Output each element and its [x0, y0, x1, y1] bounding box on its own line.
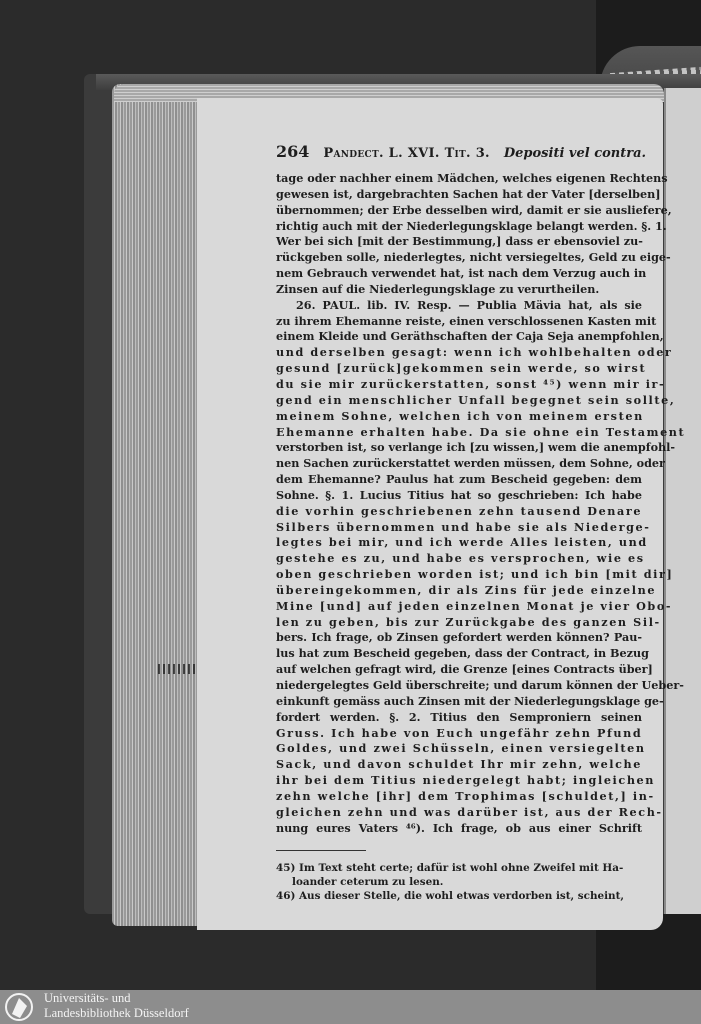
book-logo-icon[interactable]	[4, 992, 34, 1022]
text-line: einkunft gemäss auch Zinsen mit der Nied…	[276, 694, 642, 710]
text-line: und derselben gesagt: wenn ich wohlbehal…	[276, 345, 642, 361]
text-line: übernommen; der Erbe desselben wird, dam…	[276, 203, 642, 219]
text-line: zehn welche [ihr] dem Trophimas [schulde…	[276, 789, 642, 805]
running-head: 264 Pandect. L. XVI. Tit. 3. Depositi ve…	[276, 142, 642, 161]
text-line: gewesen ist, dargebrachten Sachen hat de…	[276, 187, 642, 203]
text-line: niedergelegtes Geld überschreite; und da…	[276, 678, 642, 694]
text-line: nen Sachen zurückerstattet werden müssen…	[276, 456, 642, 472]
footnotes: 45) Im Text steht certe; dafür ist wohl …	[276, 861, 642, 903]
text-line: Silbers übernommen und habe sie als Nied…	[276, 520, 642, 536]
text-line: Goldes, und zwei Schüsseln, einen versie…	[276, 741, 642, 757]
footnote-45: 45) Im Text steht certe; dafür ist wohl …	[276, 861, 642, 875]
text-line: gesund [zurück]gekommen sein werde, so w…	[276, 361, 642, 377]
page-edges-stack	[112, 84, 198, 926]
text-line: gleichen zehn und was darüber ist, aus d…	[276, 805, 642, 821]
text-line: Sack, und davon schuldet Ihr mir zehn, w…	[276, 757, 642, 773]
text-line: die vorhin geschriebenen zehn tausend De…	[276, 504, 642, 520]
body-text: tage oder nachher einem Mädchen, welches…	[276, 171, 642, 836]
text-line: zu ihrem Ehemanne reiste, einen verschlo…	[276, 314, 642, 330]
footnote-46: 46) Aus dieser Stelle, die wohl etwas ve…	[276, 889, 642, 903]
running-head-subtitle: Depositi vel contra.	[504, 146, 646, 161]
text-line: auf welchen gefragt wird, die Grenze [ei…	[276, 662, 642, 678]
text-line: ihr bei dem Titius niedergelegt habt; in…	[276, 773, 642, 789]
text-line: nung eures Vaters ⁴⁶). Ich frage, ob aus…	[276, 821, 642, 837]
text-line: fordert werden. §. 2. Titius den Sempron…	[276, 710, 642, 726]
text-line: lus hat zum Bescheid gegeben, dass der C…	[276, 646, 642, 662]
text-line: tage oder nachher einem Mädchen, welches…	[276, 171, 642, 187]
page-number: 264	[276, 142, 309, 161]
text-line: verstorben ist, so verlange ich [zu wiss…	[276, 440, 642, 456]
institution-line-1: Universitäts- und	[44, 991, 189, 1006]
text-line: gend ein menschlicher Unfall begegnet se…	[276, 393, 642, 409]
page-text: 264 Pandect. L. XVI. Tit. 3. Depositi ve…	[276, 142, 642, 903]
text-line: Gruss. Ich habe von Euch ungefähr zehn P…	[276, 726, 642, 742]
text-line-section-start: 26. PAUL. lib. IV. Resp. — Publia Mävia …	[276, 298, 642, 314]
text-line: legtes bei mir, und ich werde Alles leis…	[276, 535, 642, 551]
running-head-title: Pandect. L. XVI. Tit. 3.	[323, 146, 489, 161]
footnote-divider	[276, 850, 366, 851]
institution-line-2: Landesbibliothek Düsseldorf	[44, 1006, 189, 1021]
text-line: bers. Ich frage, ob Zinsen gefordert wer…	[276, 630, 642, 646]
text-line: meinem Sohne, welchen ich von meinem ers…	[276, 409, 642, 425]
footnote-45-continuation: loander ceterum zu lesen.	[276, 875, 642, 889]
text-line: einem Kleide und Geräthschaften der Caja…	[276, 329, 642, 345]
text-line: dem Ehemanne? Paulus hat zum Bescheid ge…	[276, 472, 642, 488]
text-line: nem Gebrauch verwendet hat, ist nach dem…	[276, 266, 642, 282]
text-line: Wer bei sich [mit der Bestimmung,] dass …	[276, 234, 642, 250]
text-line: gestehe es zu, und habe es versprochen, …	[276, 551, 642, 567]
text-line: rückgeben solle, niederlegtes, nicht ver…	[276, 250, 642, 266]
text-line: du sie mir zurückerstatten, sonst ⁴⁵) we…	[276, 377, 642, 393]
institution-name[interactable]: Universitäts- und Landesbibliothek Düsse…	[44, 991, 189, 1021]
text-line: Mine [und] auf jeden einzelnen Monat je …	[276, 599, 642, 615]
text-line: Sohne. §. 1. Lucius Titius hat so geschr…	[276, 488, 642, 504]
text-line: oben geschrieben worden ist; und ich bin…	[276, 567, 642, 583]
page-edge-mark	[158, 664, 200, 674]
text-line: len zu geben, bis zur Zurückgabe des gan…	[276, 615, 642, 631]
text-line: Zinsen auf die Niederlegungsklage zu ver…	[276, 282, 642, 298]
text-line: übereingekommen, dir als Zins für jede e…	[276, 583, 642, 599]
text-line: Ehemanne erhalten habe. Da sie ohne ein …	[276, 425, 642, 441]
text-line: richtig auch mit der Niederlegungsklage …	[276, 219, 642, 235]
